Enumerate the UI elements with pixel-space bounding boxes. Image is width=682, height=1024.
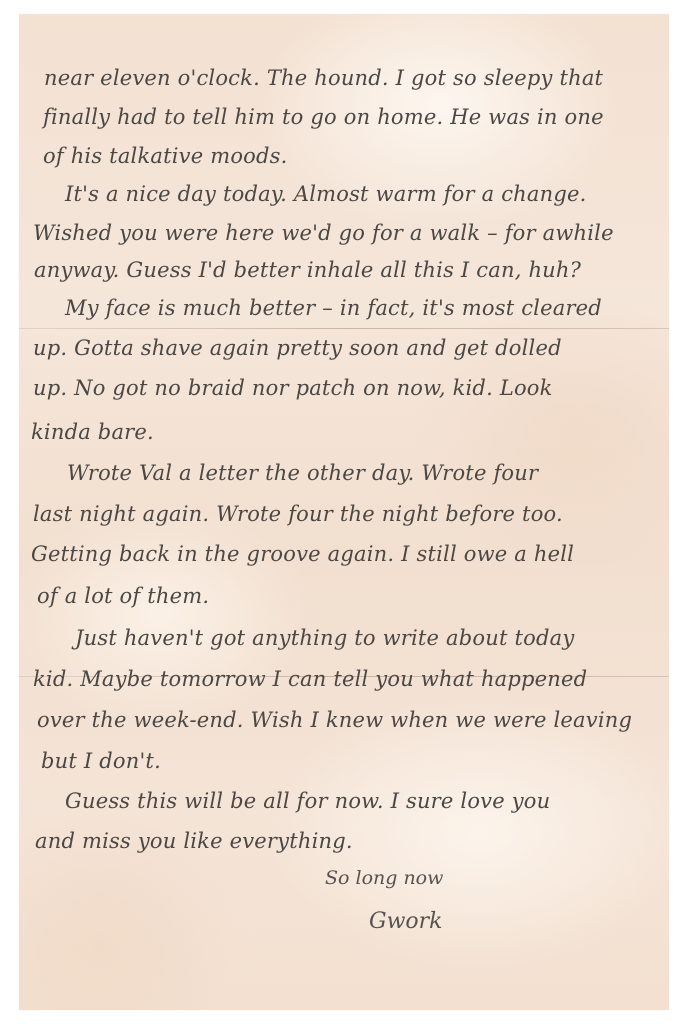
letter-line-20: and miss you like everything. (35, 829, 353, 853)
letter-line-16: kid. Maybe tomorrow I can tell you what … (33, 667, 587, 691)
letter-line-8: up. Gotta shave again pretty soon and ge… (33, 336, 562, 360)
letter-signoff: So long now (325, 867, 443, 889)
letter-line-12: last night again. Wrote four the night b… (33, 502, 563, 526)
letter-signature: Gwork (369, 909, 443, 934)
letter-line-14: of a lot of them. (37, 584, 209, 608)
letter-line-10: kinda bare. (31, 420, 154, 444)
letter-line-4: It's a nice day today. Almost warm for a… (65, 182, 587, 206)
letter-line-9: up. No got no braid nor patch on now, ki… (33, 376, 553, 400)
letter-line-7: My face is much better – in fact, it's m… (65, 296, 602, 320)
letter-line-17: over the week-end. Wish I knew when we w… (37, 708, 632, 732)
letter-line-5: Wished you were here we'd go for a walk … (33, 221, 614, 245)
letter-line-15: Just haven't got anything to write about… (75, 626, 574, 650)
fold-crease-upper (19, 328, 669, 329)
letter-line-1: near eleven o'clock. The hound. I got so… (44, 66, 603, 90)
letter-line-3: of his talkative moods. (43, 144, 288, 168)
letter-line-19: Guess this will be all for now. I sure l… (65, 789, 550, 813)
letter-line-11: Wrote Val a letter the other day. Wrote … (67, 461, 538, 485)
letter-line-6: anyway. Guess I'd better inhale all this… (34, 258, 581, 282)
letter-page: near eleven o'clock. The hound. I got so… (19, 14, 669, 1010)
letter-line-13: Getting back in the groove again. I stil… (31, 542, 574, 566)
letter-line-2: finally had to tell him to go on home. H… (43, 105, 604, 129)
letter-line-18: but I don't. (41, 749, 161, 773)
